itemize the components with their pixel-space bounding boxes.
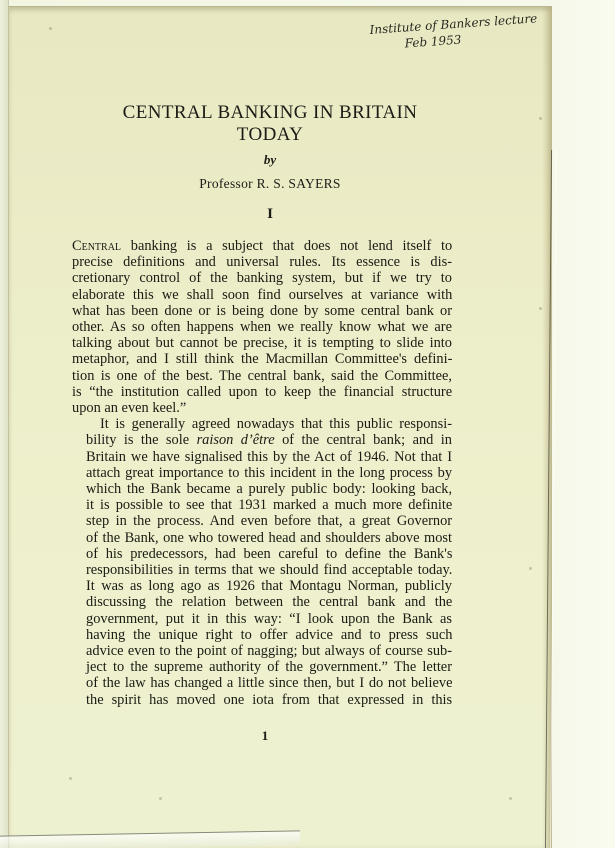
drop-lead-smallcaps: Central (72, 238, 121, 254)
text-line: what has been done or is being done by s… (72, 303, 452, 319)
text-line: It is generally agreed nowadays that thi… (72, 416, 452, 432)
text-line: precise definitions and universal rules.… (72, 254, 452, 270)
page-number: 1 (250, 728, 280, 744)
text-line: Britain we have signalised this by the A… (72, 449, 452, 465)
text-line: is “the institution called upon to keep … (72, 384, 452, 400)
text-line: upon an even keel.” (72, 400, 452, 416)
text-line: which the Bank became a purely public bo… (72, 481, 452, 497)
text-line: attach great importance to this incident… (72, 465, 452, 481)
text-line: Central banking is a subject that does n… (72, 238, 452, 254)
text-line: of his predecessors, had been careful to… (72, 546, 452, 562)
text-line: of the law has changed a little since th… (72, 675, 452, 691)
text-line: elaborate this we shall soon find oursel… (72, 287, 452, 303)
text-line: of the Bank, one who towered head and sh… (72, 530, 452, 546)
italic-phrase: raison d’être (197, 432, 275, 448)
text-line: metaphor, and I still think the Macmilla… (72, 351, 452, 367)
text-line: cretionary control of the banking system… (72, 270, 452, 286)
text-line: it is possible to see that 1931 marked a… (72, 497, 452, 513)
text-line: It was as long ago as 1926 that Montagu … (72, 578, 452, 594)
author-name: Professor R. S. SAYERS (100, 176, 440, 192)
text-line: step in the process. And even before tha… (72, 513, 452, 529)
text-line: the spirit has moved one iota from that … (72, 692, 452, 708)
section-number: I (100, 206, 440, 223)
text-line: government, put it in this way: “I look … (72, 611, 452, 627)
document-title: CENTRAL BANKING IN BRITAIN TODAY (100, 102, 440, 146)
text-line: other. As so often happens when we reall… (72, 319, 452, 335)
title-block: CENTRAL BANKING IN BRITAIN TODAY by Prof… (100, 102, 440, 223)
text-line: bility is the sole raison d’être of the … (72, 432, 452, 448)
byline: by (100, 152, 440, 168)
text-line: talking about but cannot be precise, it … (72, 335, 452, 351)
text-line: tion is one of the best. The central ban… (72, 368, 452, 384)
paragraph-1: Central banking is a subject that does n… (72, 238, 452, 416)
text-line: discussing the relation between the cent… (72, 594, 452, 610)
text-line: having the unique right to offer advice … (72, 627, 452, 643)
title-line-1: CENTRAL BANKING IN BRITAIN (123, 102, 418, 123)
paragraph-2: It is generally agreed nowadays that thi… (72, 416, 452, 708)
text-line: responsibilities in terms that we should… (72, 562, 452, 578)
text-line: ject to the supreme authority of the gov… (72, 659, 452, 675)
text-line: advice even to the point of nagging; but… (72, 643, 452, 659)
body-text: Central banking is a subject that does n… (72, 238, 452, 708)
title-line-2: TODAY (237, 124, 303, 145)
